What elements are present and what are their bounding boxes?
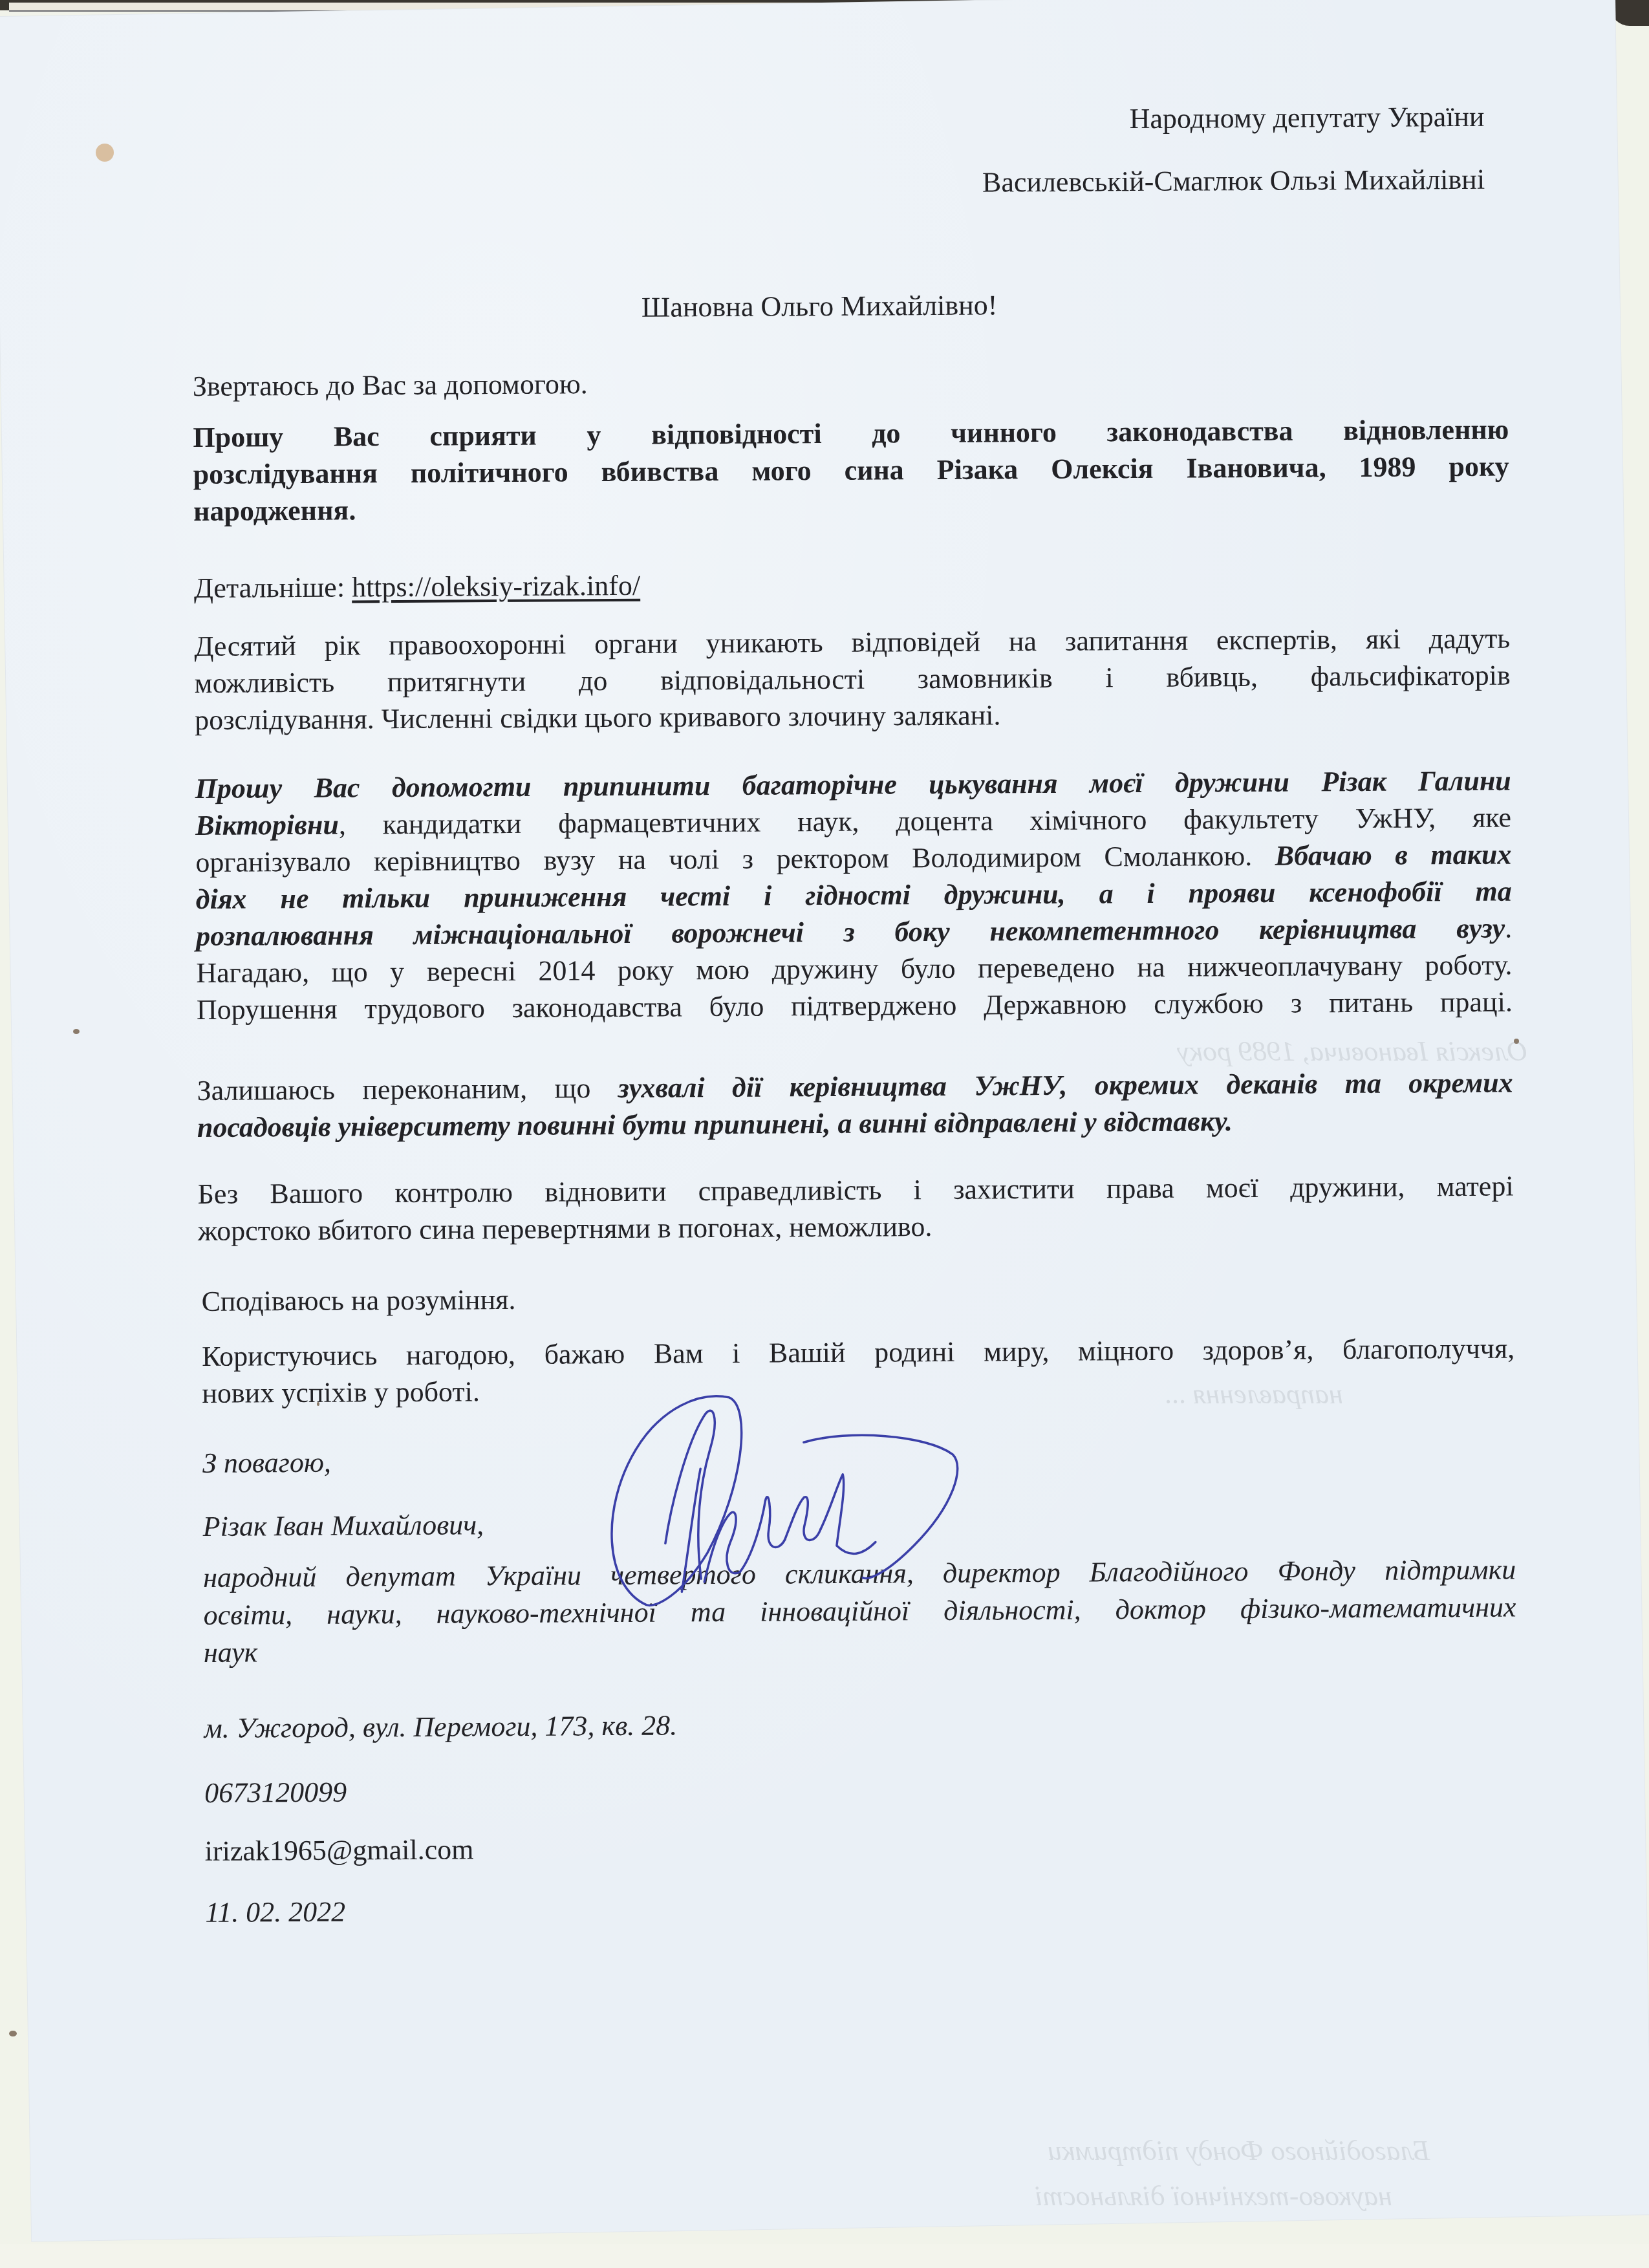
plain-text: Залишаюсь переконаним, що (197, 1072, 618, 1107)
paragraph-3: Залишаюсь переконаним, що зухвалі дії ке… (197, 1064, 1513, 1145)
paragraph-line: Порушення трудового законодавства було п… (197, 983, 1513, 1028)
letter-date: 11. 02. 2022 (205, 1898, 345, 1927)
paragraph-2: Прошу Вас допомогти припинити багаторічн… (195, 762, 1513, 1028)
letter: Народному депутату України Василевській-… (0, 0, 1649, 2268)
salutation: Шановна Ольго Михайлівно! (0, 287, 1644, 326)
emphasis-text: Вбачаю в таких (1275, 839, 1512, 872)
plain-text: . (1505, 913, 1512, 944)
intro-text: Звертаюсь до Вас за допомогою. (193, 370, 588, 401)
paragraph-line: жорстоко вбитого сина перевертнями в пог… (198, 1204, 1514, 1249)
title-line: наук (204, 1626, 1516, 1671)
signer-name: Різак Іван Михайлович, (203, 1511, 484, 1541)
paragraph-line: посадовців університету повинні бути при… (197, 1101, 1513, 1145)
details-link[interactable]: https://oleksiy-rizak.info/ (352, 570, 640, 603)
closing-regards: З повагою, (202, 1449, 331, 1478)
emphasis-text: зухвалі дії керівництва УжНУ, окремих де… (618, 1066, 1513, 1103)
emphasis-text: розпалювання міжнаціональної ворожнечі з… (196, 913, 1505, 952)
details-label: Детальніше: (194, 571, 352, 603)
plain-text: , кандидатки фармацевтичних наук, доцент… (339, 802, 1512, 841)
paragraph-1: Десятий рік правоохоронні органи уникают… (194, 620, 1511, 739)
details-line: Детальніше: https://oleksiy-rizak.info/ (194, 572, 641, 603)
paragraph-5: Сподіваюсь на розуміння. (201, 1286, 515, 1316)
signer-phone: 0673120099 (204, 1778, 347, 1808)
paragraph-line: розслідування. Численні свідки цього кри… (195, 694, 1511, 739)
plain-text: організувало керівництво вузу на чолі з … (195, 840, 1275, 878)
addressee-line-1: Народному депутату України (1130, 103, 1485, 133)
request-paragraph: Прошу Вас сприяти у відповідності до чин… (193, 411, 1509, 530)
paragraph-4: Без Вашого контролю відновити справедлив… (197, 1167, 1514, 1249)
signer-address: м. Ужгород, вул. Перемоги, 173, кв. 28. (204, 1711, 677, 1742)
emphasis-text: Вікторівни (195, 809, 339, 841)
handwritten-signature (590, 1389, 1044, 1625)
signer-email: irizak1965@gmail.com (205, 1835, 474, 1866)
addressee-line-2: Василевській-Смаглюк Ользі Михайлівні (982, 166, 1485, 197)
